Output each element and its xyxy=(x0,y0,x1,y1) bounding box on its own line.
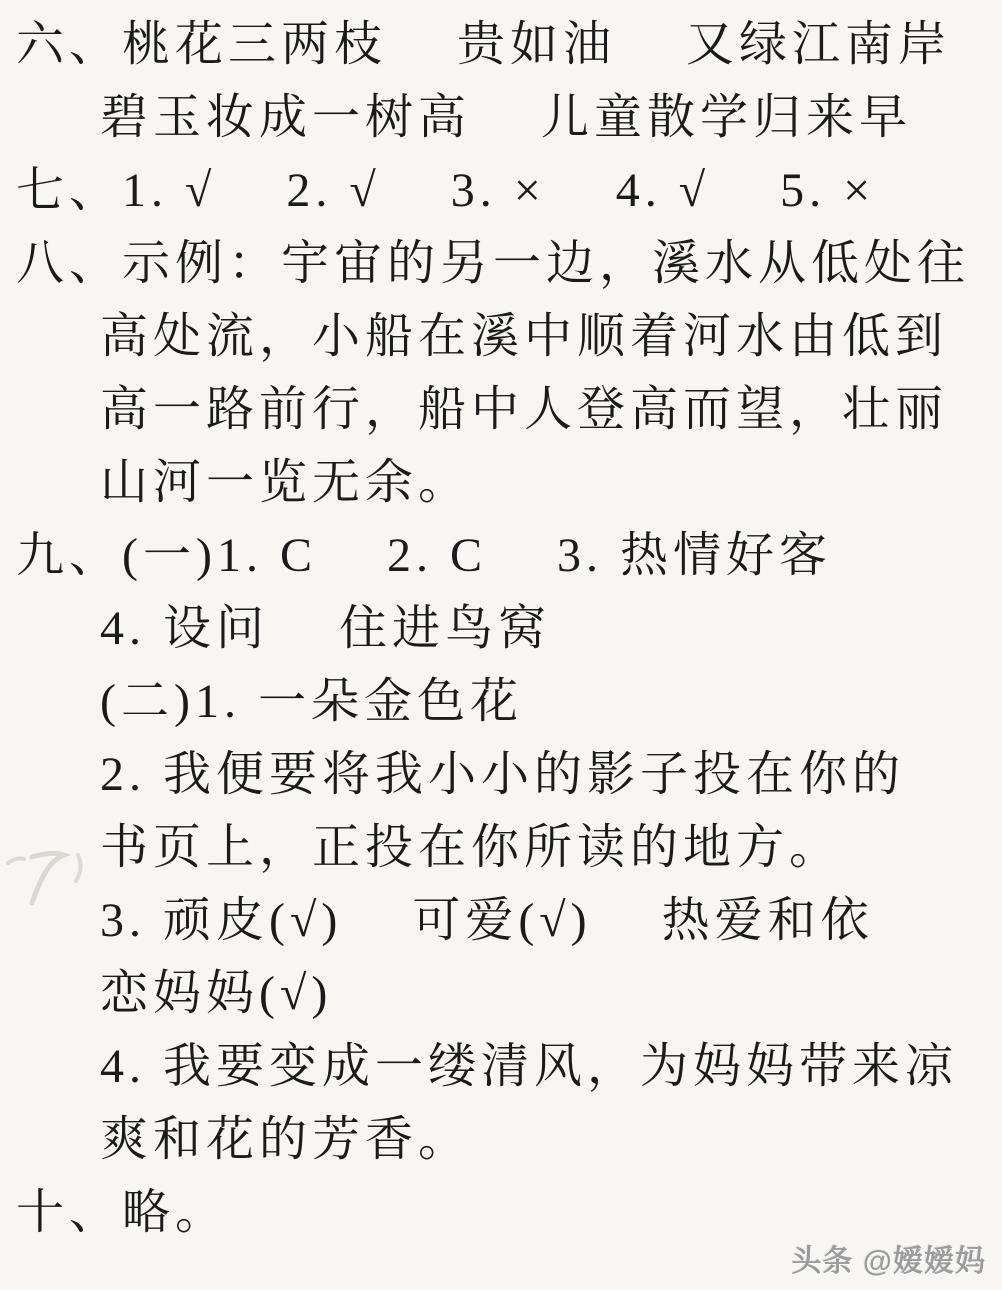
answer-line-nine-4: 2. 我便要将我小小的影子投在你的 xyxy=(0,738,1002,811)
answer-line-six-1: 六、桃花三两枝 贵如油 又绿江南岸 xyxy=(0,8,1002,81)
answer-line-nine-5: 书页上，正投在你所读的地方。 xyxy=(0,811,1002,884)
answer-sheet-page: 六、桃花三两枝 贵如油 又绿江南岸 碧玉妆成一树高 儿童散学归来早 七、1. √… xyxy=(0,0,1002,1290)
answer-line-nine-9: 爽和花的芳香。 xyxy=(0,1103,1002,1176)
answer-line-eight-4: 山河一览无余。 xyxy=(0,446,1002,519)
answer-line-eight-1: 八、示例：宇宙的另一边，溪水从低处往 xyxy=(0,227,1002,300)
answer-line-nine-1: 九、(一)1. C 2. C 3. 热情好客 xyxy=(0,519,1002,592)
answer-line-seven: 七、1. √ 2. √ 3. × 4. √ 5. × xyxy=(0,154,1002,227)
answer-line-eight-3: 高一路前行，船中人登高而望，壮丽 xyxy=(0,373,1002,446)
answer-line-six-2: 碧玉妆成一树高 儿童散学归来早 xyxy=(0,81,1002,154)
answer-line-nine-8: 4. 我要变成一缕清风，为妈妈带来凉 xyxy=(0,1030,1002,1103)
answer-line-nine-7: 恋妈妈(√) xyxy=(0,957,1002,1030)
answer-line-nine-6: 3. 顽皮(√) 可爱(√) 热爱和依 xyxy=(0,884,1002,957)
toutiao-watermark: 头条 @嫒嫒妈 xyxy=(791,1236,986,1280)
answer-line-nine-2: 4. 设问 住进鸟窝 xyxy=(0,592,1002,665)
answer-line-eight-2: 高处流，小船在溪中顺着河水由低到 xyxy=(0,300,1002,373)
answer-line-nine-3: (二)1. 一朵金色花 xyxy=(0,665,1002,738)
